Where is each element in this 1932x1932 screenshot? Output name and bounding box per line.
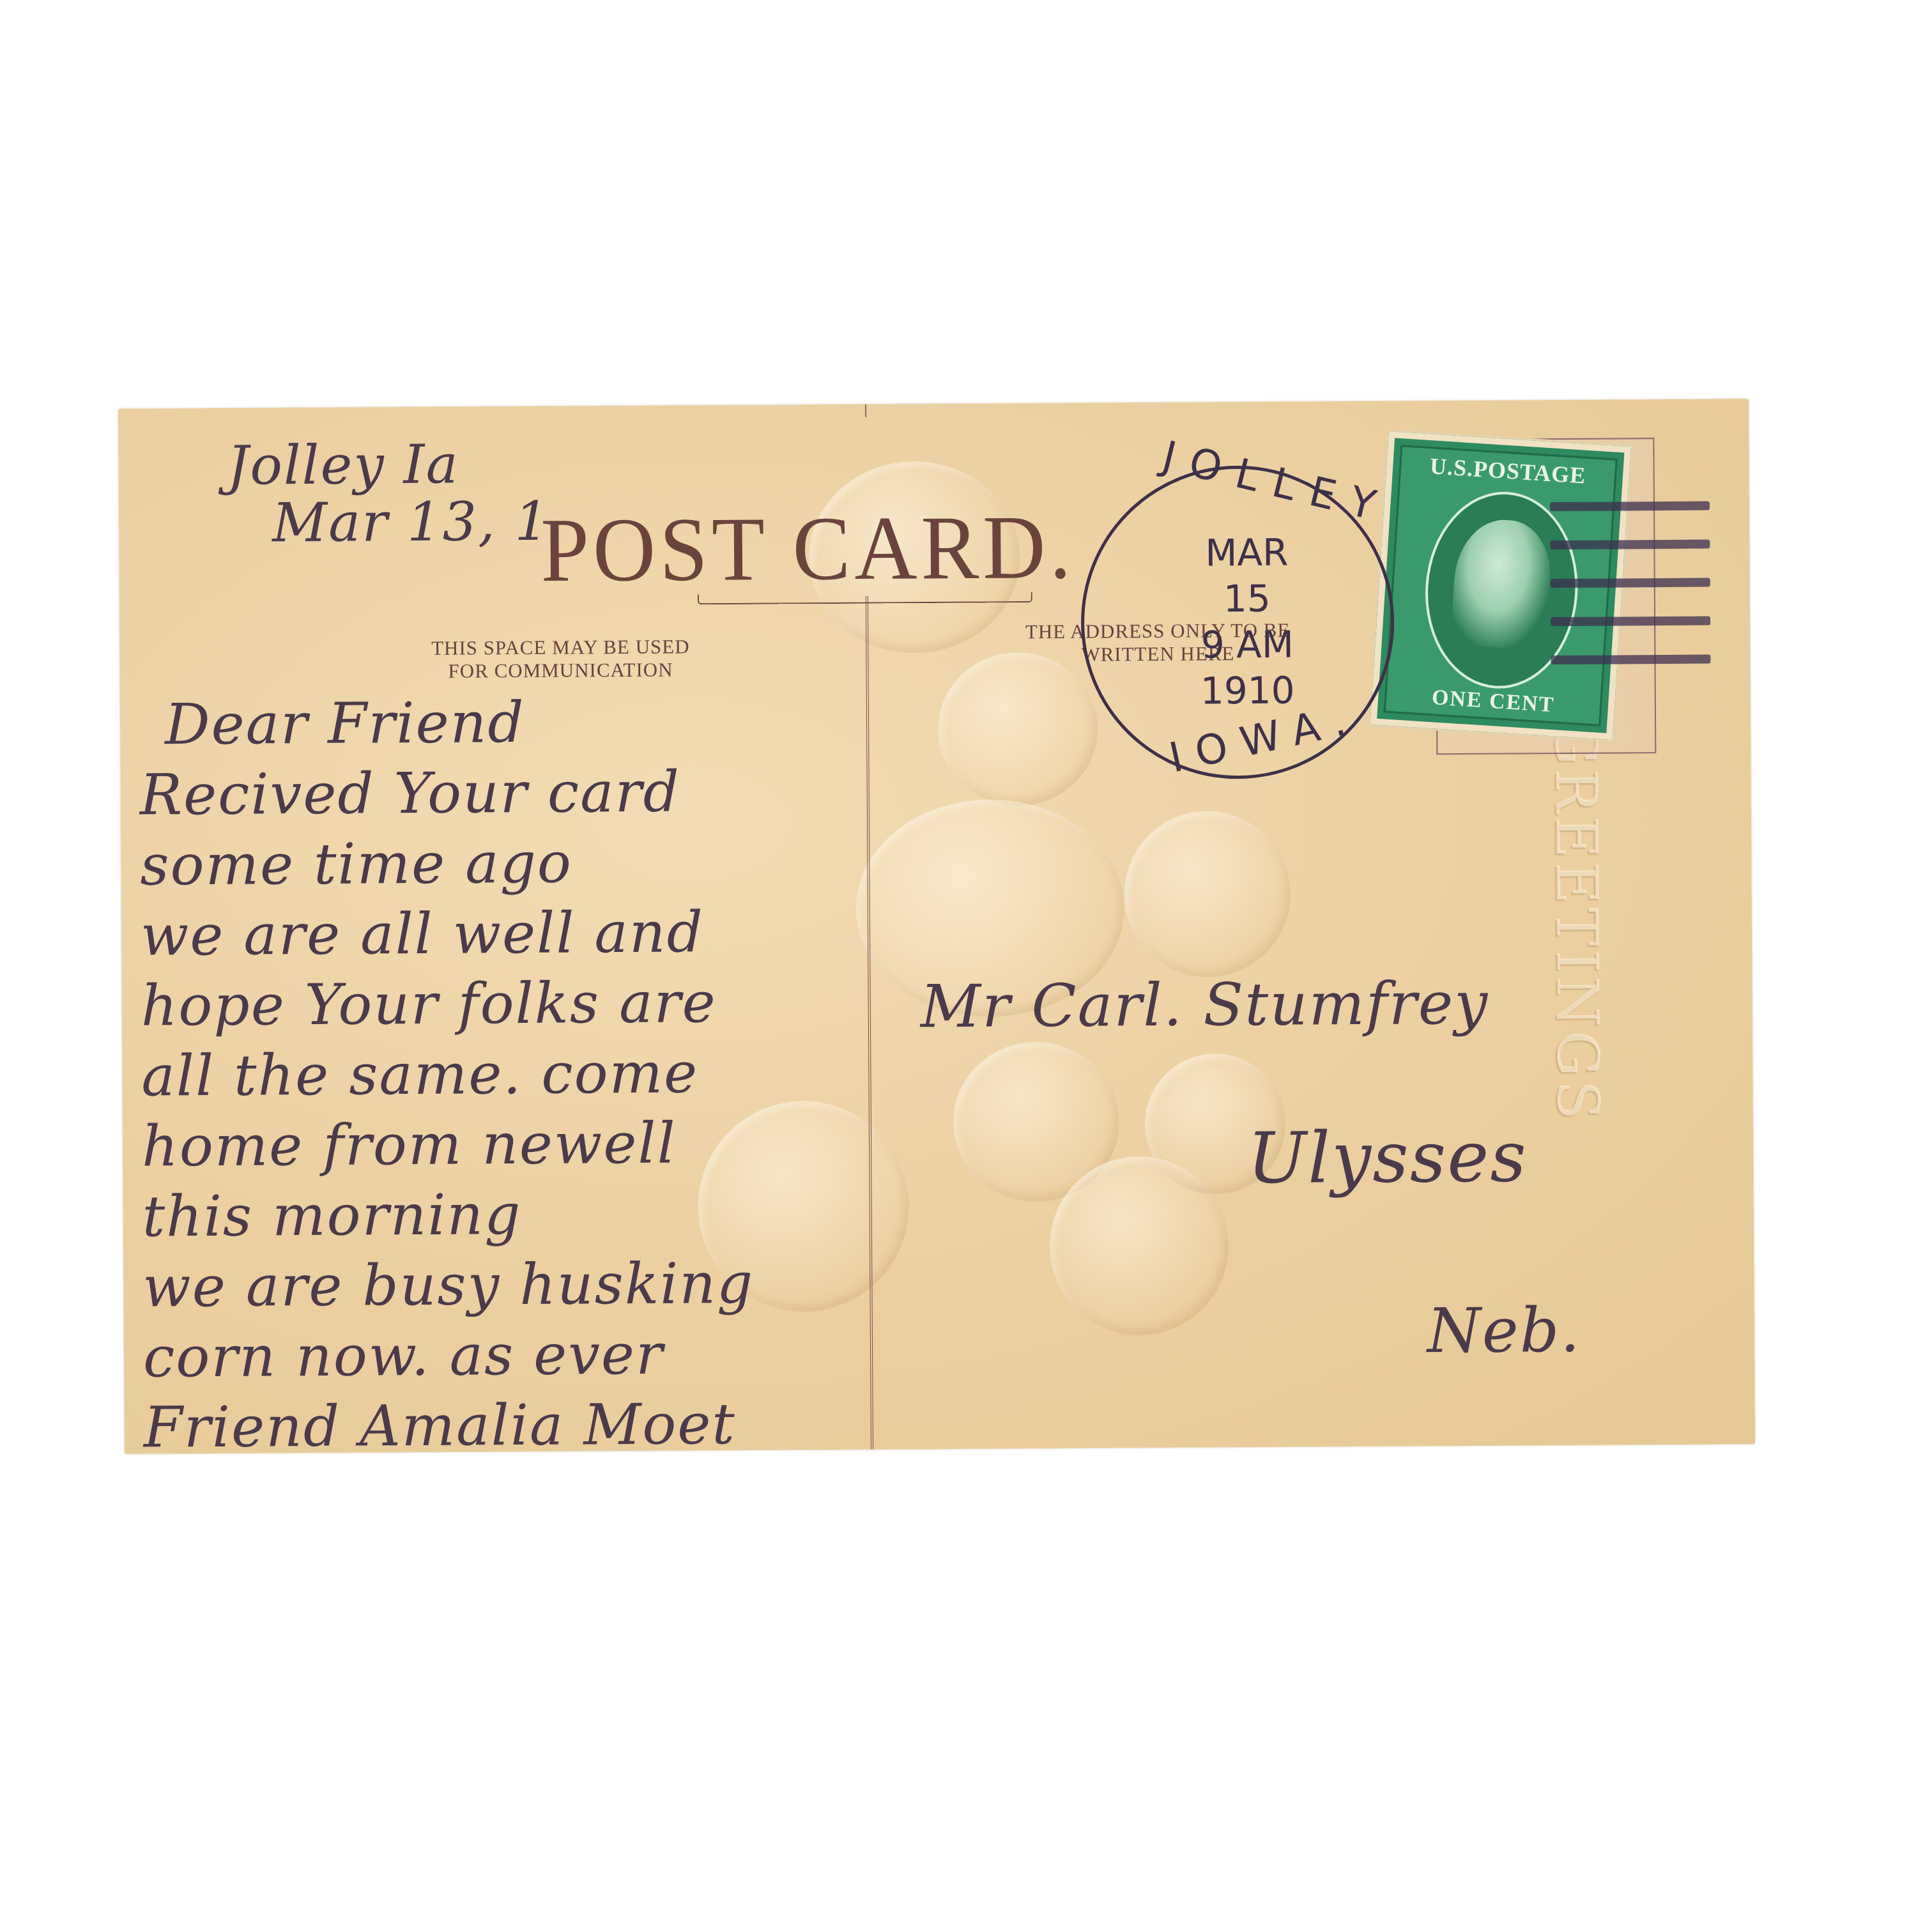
postmark-year: 1910 xyxy=(1193,668,1302,714)
embossed-greetings-text: GREETINGS xyxy=(1542,719,1611,1124)
recipient-city: Ulysses xyxy=(1247,1115,1528,1199)
postmark-day: 15 xyxy=(1193,576,1301,622)
cancellation-bars xyxy=(1550,502,1711,694)
recipient-name: Mr Carl. Stumfrey xyxy=(920,969,1489,1041)
message-line: all the same. come xyxy=(141,1038,753,1112)
embossed-bird-decoration xyxy=(937,652,1098,806)
message-line: Dear Friend xyxy=(139,686,751,760)
center-divider-line xyxy=(866,596,873,1450)
message-line: hope Your folks are xyxy=(141,967,752,1041)
stamp-top-text: U.S.POSTAGE xyxy=(1400,450,1615,491)
communication-label: THIS SPACE MAY BE USED FOR COMMUNICATION xyxy=(356,635,765,684)
message-line: home from newell xyxy=(142,1108,753,1182)
message-line: we are all well and xyxy=(141,897,752,971)
message-line: some time ago xyxy=(140,827,751,901)
postcard: GREETINGS POST CARD. THIS SPACE MAY BE U… xyxy=(118,399,1755,1454)
embossed-bird-decoration xyxy=(1124,811,1291,978)
return-address-line2: Mar 13, 1 xyxy=(227,493,550,552)
divider-tick xyxy=(865,404,866,417)
message-line: Friend Amalia Moet xyxy=(143,1389,755,1454)
recipient-state: Neb. xyxy=(1427,1294,1581,1367)
postmark-date: MAR 15 9 AM 1910 xyxy=(1192,530,1302,714)
message-line: corn now. as ever xyxy=(143,1319,755,1393)
postmark-month: MAR xyxy=(1192,530,1301,576)
message-line: Recived Your card xyxy=(139,756,751,831)
message-line: we are busy husking xyxy=(142,1248,754,1322)
message-line: this morning xyxy=(142,1178,753,1252)
communication-label-line2: FOR COMMUNICATION xyxy=(356,658,765,684)
handwritten-message: Dear Friend Recived Your card some time … xyxy=(139,686,755,1454)
return-address: Jolley Ia Mar 13, 1 xyxy=(227,435,550,552)
return-address-line1: Jolley Ia xyxy=(227,435,549,494)
communication-label-line1: THIS SPACE MAY BE USED xyxy=(356,635,765,661)
postmark-time: 9 AM xyxy=(1193,622,1301,668)
franklin-portrait-icon xyxy=(1450,517,1554,650)
